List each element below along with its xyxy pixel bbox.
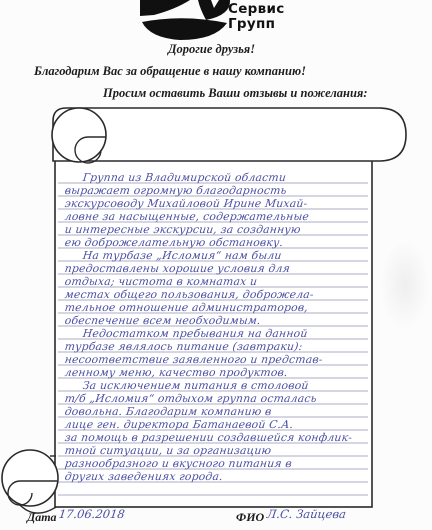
- handwritten-line: довольна. Благодарим компанию в: [64, 405, 272, 418]
- handwritten-line: отдыха; чистота в комнатах и: [64, 275, 258, 288]
- handwritten-line: На турбазе „Исломия“ нам были: [82, 249, 282, 262]
- handwritten-line: тной ситуации, и за организацию: [64, 444, 272, 457]
- scroll-graphic: Группа из Владимирской областивыражает о…: [0, 104, 432, 514]
- handwritten-line: местах общего пользования, доброжела-: [64, 288, 315, 301]
- handwritten-line: Группа из Владимирской области: [82, 171, 287, 184]
- handwritten-line: тельное отношение администраторов,: [64, 301, 309, 314]
- handwritten-line: ленному меню, качество продуктов.: [64, 366, 289, 379]
- greeting-text: Дорогие друзья!: [168, 42, 255, 57]
- company-name-line2: Групп: [228, 17, 285, 32]
- handwritten-line: предоставлены хорошие условия для: [64, 262, 291, 275]
- prompt-text: Просим оставить Ваши отзывы и пожелания:: [103, 86, 368, 101]
- service-group-logo-icon: [138, 0, 233, 40]
- handwritten-line: ею доброжелательную обстановку.: [64, 236, 284, 249]
- company-name: Сервис Групп: [228, 2, 285, 32]
- date-label: Дата: [27, 510, 57, 525]
- handwritten-line: турбазе являлось питание (завтраки):: [64, 340, 303, 353]
- handwritten-line: разнообразного и вкусного питания в: [64, 457, 293, 470]
- handwritten-line: выражает огромную благодарность: [64, 184, 287, 197]
- company-name-line1: Сервис: [228, 2, 285, 17]
- handwritten-line: других заведениях города.: [64, 470, 224, 483]
- handwritten-line: ловне за насыщенные, содержательные: [64, 210, 310, 223]
- name-value-handwritten: Л.С. Зайцева: [266, 507, 347, 521]
- scanned-review-page: Сервис Групп Дорогие друзья! Благодарим …: [0, 0, 432, 530]
- handwritten-line: За исключением питания в столовой: [82, 379, 309, 392]
- handwritten-line: и интересные экскурсии, за созданную: [64, 223, 301, 236]
- handwritten-line: Недостатком пребывания на данной: [82, 327, 308, 340]
- date-value-handwritten: 17.06.2018: [58, 507, 126, 521]
- handwritten-line: экскурсоводу Михайловой Ирине Михай-: [64, 197, 308, 210]
- name-label: ФИО: [236, 510, 264, 525]
- handwritten-line: несоответствие заявленного и представ-: [64, 353, 324, 366]
- handwritten-line: за помощь в разрешении создавшейся конфл…: [64, 431, 353, 444]
- handwritten-line: т/б „Исломия“ отдыхом группа осталась: [64, 392, 318, 405]
- thanks-text: Благодарим Вас за обращение в нашу компа…: [34, 64, 306, 79]
- handwritten-line: обеспечение всем необходимым.: [64, 314, 261, 327]
- handwritten-line: лице ген. директора Батанаевой С.А.: [64, 418, 294, 431]
